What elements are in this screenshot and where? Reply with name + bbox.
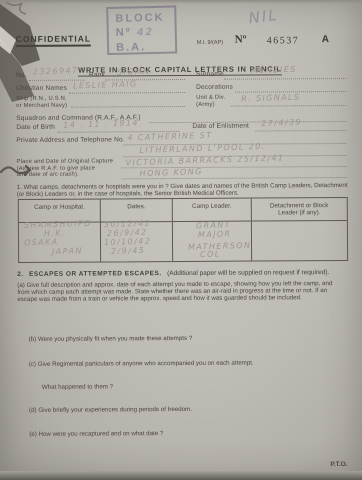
question-2c: (c) Give Regimental particulars of anyon… bbox=[29, 360, 254, 368]
field-label-unit-1: Unit & Div. bbox=[196, 95, 225, 101]
ref-suffix: A bbox=[322, 34, 329, 45]
header-detachment-leader: Detachment or Block Leader (if any). bbox=[252, 198, 347, 221]
reference-number-line: M.I. 9/(AP) Nº 46537 A bbox=[0, 0, 361, 1]
field-value-dob: 14 . 11 . 1914 bbox=[63, 118, 139, 129]
field-value-christian-names: LESLIE HAIG bbox=[73, 79, 138, 90]
field-label-unit-2: (Army) bbox=[196, 102, 215, 108]
question-1-line-2: (or Block) Leaders or, in the case of ho… bbox=[17, 190, 239, 198]
ref-prefix: M.I. 9/(AP) bbox=[197, 40, 223, 46]
field-label-capture-3: and date of a/c crash). bbox=[17, 172, 79, 178]
stamp-line-ba: B.A. bbox=[116, 39, 175, 54]
question-2e: (e) How were you recaptured and on what … bbox=[29, 430, 163, 438]
field-value-no: 2326947 bbox=[33, 66, 79, 76]
ref-number: 46537 bbox=[267, 35, 300, 46]
field-value-surname: MENZIES bbox=[251, 65, 297, 75]
section-2-heading: 2. ESCAPES OR ATTEMPTED ESCAPES. (Additi… bbox=[17, 269, 329, 278]
dotted-line bbox=[69, 91, 185, 94]
field-label-ship-1: Ship (R.N., U.S.N. bbox=[16, 96, 67, 102]
block-rubber-stamp: BLOCK Nº 42 B.A. bbox=[106, 5, 177, 55]
leader-entry: COL bbox=[200, 249, 221, 259]
field-value-rank: SIGMN bbox=[117, 67, 151, 77]
field-label-dob: Date of Birth bbox=[16, 124, 55, 131]
field-value-address-1: 4 CATHERINE ST bbox=[127, 131, 212, 143]
dotted-line bbox=[71, 105, 185, 108]
stamp-handwritten-number: 42 bbox=[137, 27, 154, 38]
stamp-line-no: Nº 42 bbox=[116, 24, 175, 40]
field-label-capture-1: Place and Date of Original Capture bbox=[17, 158, 114, 165]
field-value-enlistment: 27/4/39 bbox=[261, 118, 302, 128]
section-2-title: ESCAPES OR ATTEMPTED ESCAPES. bbox=[29, 270, 162, 278]
section-2-number: 2. bbox=[17, 271, 23, 278]
field-label-surname: Surname bbox=[196, 71, 224, 78]
form-content: CONFIDENTIAL BLOCK Nº 42 B.A. NIL M.I. 9… bbox=[0, 0, 362, 480]
camp-entry: OSAKA bbox=[24, 237, 59, 247]
dotted-line bbox=[122, 176, 347, 179]
dotted-line bbox=[224, 77, 346, 80]
page-turn-over-mark: P.T.O. bbox=[330, 461, 347, 468]
field-label-decorations: Decorations bbox=[196, 84, 233, 91]
dotted-line bbox=[231, 104, 346, 107]
section-2-note: (Additional paper will be supplied on re… bbox=[167, 269, 329, 277]
camp-entry: JAPAN bbox=[52, 246, 83, 256]
field-label-ship-2: or Merchant Navy) bbox=[16, 103, 67, 109]
confidential-marking: CONFIDENTIAL bbox=[16, 34, 91, 47]
date-entry: 2/9/45 bbox=[111, 246, 145, 256]
field-label-enlistment: Date of Enlistment bbox=[192, 123, 249, 130]
header-camp-leader: Camp Leader. bbox=[173, 199, 252, 221]
scanned-document-page: CONFIDENTIAL BLOCK Nº 42 B.A. NIL M.I. 9… bbox=[0, 0, 362, 480]
field-label-christian-names: Christian Names bbox=[16, 85, 67, 92]
field-label-address: Private Address and Telephone No. bbox=[16, 136, 124, 144]
leader-entry: MAJOR bbox=[198, 229, 232, 239]
dotted-line bbox=[255, 129, 346, 132]
field-value-unit: R. SIGNALS bbox=[241, 92, 301, 103]
question-2a-line-3: escape was made from a train or vehicle … bbox=[17, 294, 301, 303]
ref-no-symbol: Nº bbox=[235, 34, 247, 46]
question-2b: (b) Were you physically fit when you mad… bbox=[29, 335, 193, 343]
stamp-line-block: BLOCK bbox=[115, 10, 174, 25]
question-2c-followup: What happened to them ? bbox=[42, 383, 113, 390]
nil-handwriting: NIL bbox=[248, 6, 280, 28]
field-label-no: No. bbox=[16, 72, 27, 79]
question-2d: (d) Give briefly your experiences during… bbox=[29, 406, 192, 414]
field-label-rank: Rank bbox=[89, 71, 105, 78]
